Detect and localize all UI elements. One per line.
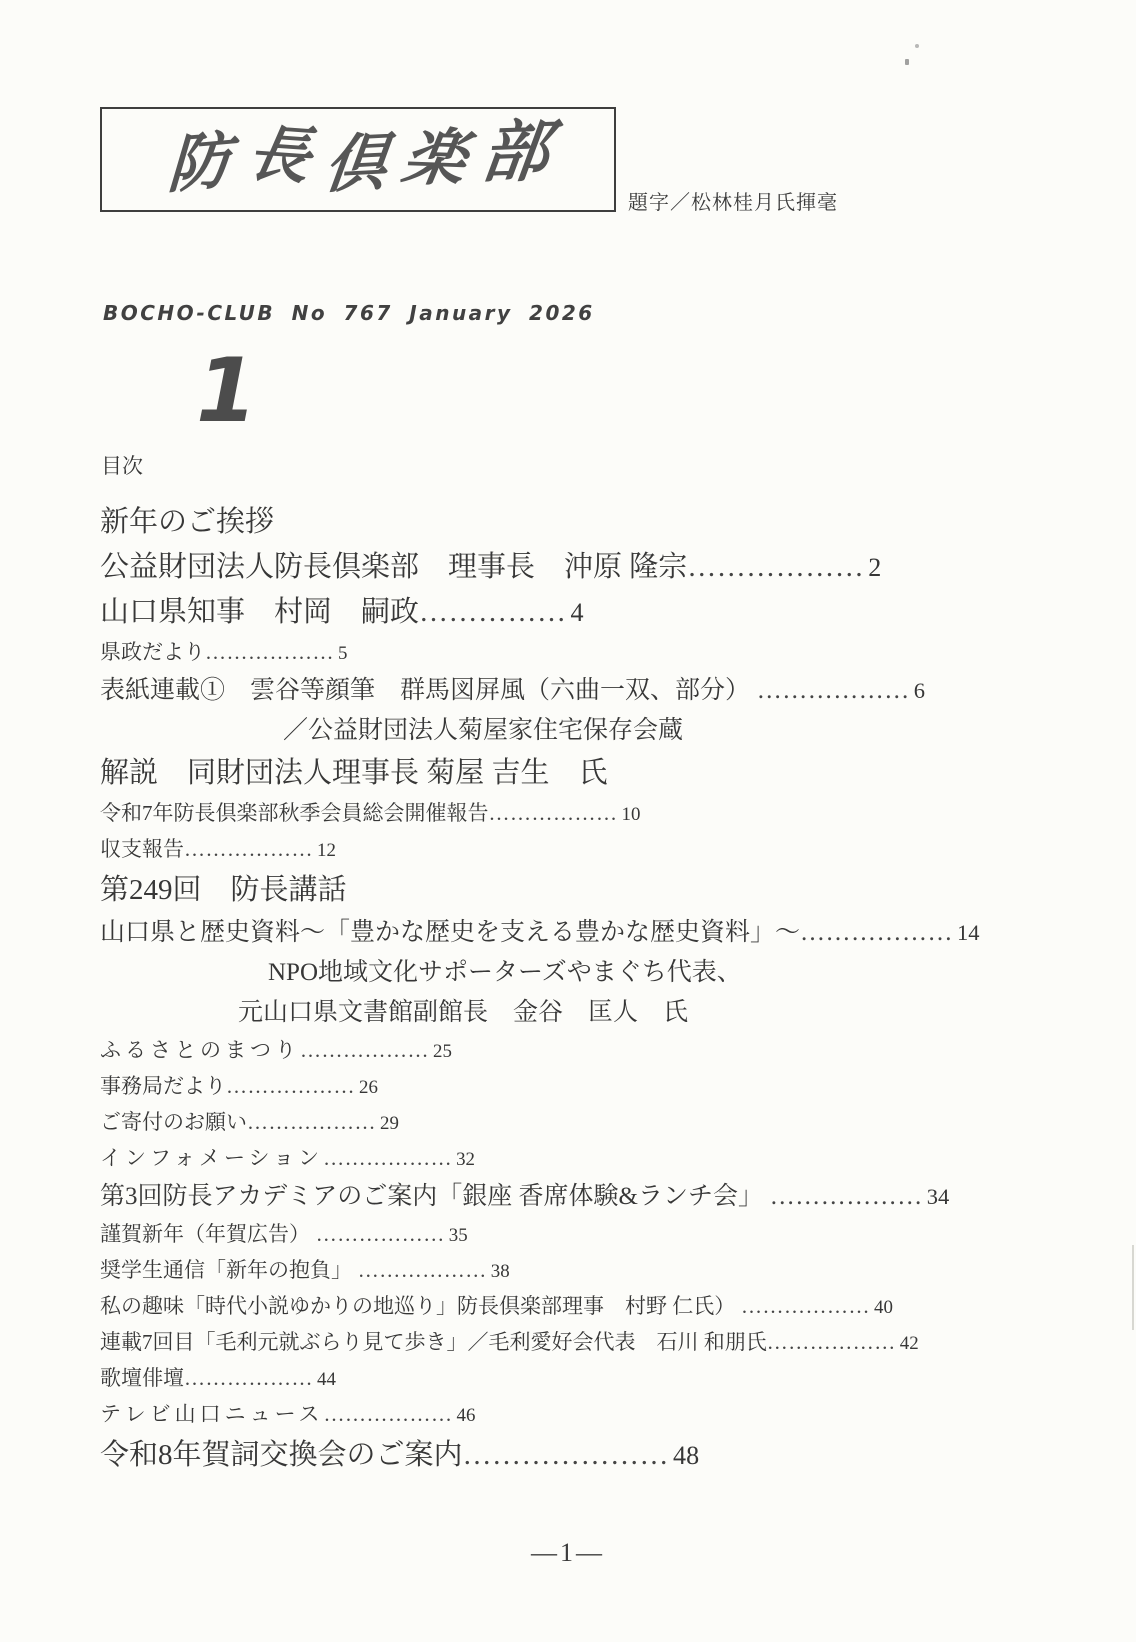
issue-number: 1 [196,347,257,435]
toc-entry: 第3回防長アカデミアのご案内「銀座 香席体験&ランチ会」 ………………34 [100,1177,1100,1217]
toc-page-number: 38 [491,1261,510,1282]
toc-entry: 謹賀新年（年賀広告） ………………35 [100,1217,1100,1253]
toc-entry: ご寄付のお願い………………29 [100,1105,1100,1141]
toc-entry: 私の趣味「時代小説ゆかりの地巡り」防長倶楽部理事 村野 仁氏） ………………40 [100,1289,1100,1325]
toc-entry: ／公益財団法人菊屋家住宅保存会蔵 [100,711,1100,751]
toc-leader-dots: ……………… [226,1074,355,1098]
toc-leader-dots: ……………… [800,919,953,946]
toc-entry-title: 第249回 防長講話 [100,874,347,906]
toc-entry: 公益財団法人防長倶楽部 理事長 沖原 隆宗………………2 [100,545,1100,590]
toc-page-number: 46 [457,1405,476,1426]
toc-page-number: 2 [868,553,881,582]
toc-entry-title: 私の趣味「時代小説ゆかりの地巡り」防長倶楽部理事 村野 仁氏） [100,1294,735,1318]
toc-page-number: 40 [874,1297,893,1318]
toc-entry-title: NPO地域文化サポーターズやまぐち代表、 [268,959,742,986]
toc-leader-dots: ……………… [323,1146,452,1170]
toc-entry-title: 山口県知事 村岡 嗣政 [100,596,419,628]
toc-entry: 事務局だより………………26 [100,1069,1100,1105]
document-page: 防長倶楽部 題字／松林桂月氏揮毫 BOCHO-CLUB No 767 Janua… [0,0,1136,1642]
toc-page-number: 12 [317,840,336,861]
toc-leader-dots: ………………… [463,1439,670,1471]
toc-entry-title: 新年のご挨拶 [100,506,274,538]
toc-leader-dots: …………… [419,596,567,628]
toc-leader-dots: ……………… [247,1110,376,1134]
toc-entry-title: 元山口県文書館副館長 金谷 匡人 氏 [238,999,688,1026]
masthead-calligraphy: 防長倶楽部 [160,126,555,193]
toc-entry-title: 奨学生通信「新年の抱負」 [100,1258,352,1282]
toc-leader-dots: ……………… [763,1183,923,1210]
toc-entry: 山口県と歴史資料～「豊かな歴史を支える豊かな歴史資料」～………………14 [100,913,1100,953]
toc-page-number: 10 [622,804,641,825]
toc-entry-title: 山口県と歴史資料～「豊かな歴史を支える豊かな歴史資料」～ [100,919,800,946]
toc-entry: 表紙連載① 雲谷等顔筆 群馬図屏風（六曲一双、部分） ………………6 [100,671,1100,711]
scan-speck [905,59,909,65]
toc-entry-title: テレビ山口ニュース [100,1402,324,1426]
toc-page-number: 4 [571,598,584,627]
toc-entry: 元山口県文書館副館長 金谷 匡人 氏 [100,993,1100,1033]
toc-entry: 令和7年防長倶楽部秋季会員総会開催報告………………10 [100,796,1100,832]
toc-leader-dots: ……………… [324,1402,453,1426]
toc-entry-title: 事務局だより [100,1074,226,1098]
toc-leader-dots: ……………… [184,1366,313,1390]
toc-leader-dots: ……………… [767,1330,896,1354]
toc-page-number: 29 [380,1113,399,1134]
toc-entry: 令和8年賀詞交換会のご案内…………………48 [100,1433,1100,1478]
toc-entry-title: ふるさとのまつり [100,1038,300,1062]
calligraphy-character: 楽 [398,127,470,191]
toc-entry-title: 第3回防長アカデミアのご案内「銀座 香席体験&ランチ会」 [100,1183,763,1210]
toc-entry-title: ／公益財団法人菊屋家住宅保存会蔵 [283,717,683,744]
page-number-footer: ―1― [0,1538,1136,1568]
toc-leader-dots: ……………… [750,677,910,704]
toc-entry: NPO地域文化サポーターズやまぐち代表、 [100,953,1100,993]
toc-entry-title: 表紙連載① 雲谷等顔筆 群馬図屏風（六曲一双、部分） [100,677,750,704]
toc-page-number: 6 [914,678,925,703]
toc-entry-title: 県政だより [100,640,205,664]
masthead-caption: 題字／松林桂月氏揮毫 [628,186,838,215]
toc-entry-title: インフォメーション [100,1146,323,1170]
toc-entry-title: 謹賀新年（年賀広告） [100,1222,310,1246]
toc-entry-title: 収支報告 [100,837,184,861]
toc-page-number: 25 [433,1041,452,1062]
scan-artifact-line [1132,1245,1134,1330]
toc-page-number: 14 [957,920,980,945]
toc-page-number: 5 [338,643,347,664]
toc-page-number: 32 [456,1149,475,1170]
toc-entry: 収支報告………………12 [100,832,1100,868]
toc-page-number: 26 [359,1077,378,1098]
toc-list: 新年のご挨拶公益財団法人防長倶楽部 理事長 沖原 隆宗………………2山口県知事 … [100,500,1100,1478]
toc-entry-title: ご寄付のお願い [100,1110,247,1134]
toc-entry-title: 歌壇俳壇 [100,1366,184,1390]
toc-heading: 目次 [101,450,143,480]
calligraphy-character: 倶 [320,132,390,198]
toc-entry: 歌壇俳壇………………44 [100,1361,1100,1397]
calligraphy-character: 長 [242,123,315,189]
toc-entry: 連載7回目「毛利元就ぶらり見て歩き」／毛利愛好会代表 石川 和朋氏………………4… [100,1325,1100,1361]
masthead-logo-box: 防長倶楽部 [100,107,616,212]
toc-page-number: 34 [927,1184,950,1209]
toc-entry: 山口県知事 村岡 嗣政……………4 [100,590,1100,635]
toc-entry-title: 連載7回目「毛利元就ぶらり見て歩き」／毛利愛好会代表 石川 和朋氏 [100,1330,767,1354]
toc-leader-dots: ……………… [300,1038,429,1062]
toc-page-number: 48 [673,1441,699,1470]
toc-entry-title: 公益財団法人防長倶楽部 理事長 沖原 隆宗 [100,551,687,583]
toc-page-number: 44 [317,1369,336,1390]
toc-entry: テレビ山口ニュース………………46 [100,1397,1100,1433]
toc-leader-dots: ……………… [735,1294,870,1318]
toc-entry: 県政だより………………5 [100,635,1100,671]
journal-title-line: BOCHO-CLUB No 767 January 2026 [103,301,595,325]
toc-leader-dots: ……………… [687,551,864,583]
toc-entry: ふるさとのまつり………………25 [100,1033,1100,1069]
toc-page-number: 42 [900,1333,919,1354]
toc-entry-title: 令和8年賀詞交換会のご案内 [100,1439,463,1471]
toc-entry: 奨学生通信「新年の抱負」 ………………38 [100,1253,1100,1289]
calligraphy-character: 防 [167,130,232,198]
toc-entry-title: 解説 同財団法人理事長 菊屋 吉生 氏 [100,757,608,789]
toc-entry: 第249回 防長講話 [100,868,1100,913]
toc-entry-title: 令和7年防長倶楽部秋季会員総会開催報告 [100,801,489,825]
toc-leader-dots: ……………… [489,801,618,825]
toc-entry: インフォメーション………………32 [100,1141,1100,1177]
scan-speck [915,44,919,48]
calligraphy-character: 部 [477,119,552,189]
toc-leader-dots: ……………… [310,1222,445,1246]
toc-entry: 解説 同財団法人理事長 菊屋 吉生 氏 [100,751,1100,796]
toc-leader-dots: ……………… [184,837,313,861]
toc-leader-dots: ……………… [352,1258,487,1282]
toc-page-number: 35 [449,1225,468,1246]
toc-entry: 新年のご挨拶 [100,500,1100,545]
toc-leader-dots: ……………… [205,640,334,664]
